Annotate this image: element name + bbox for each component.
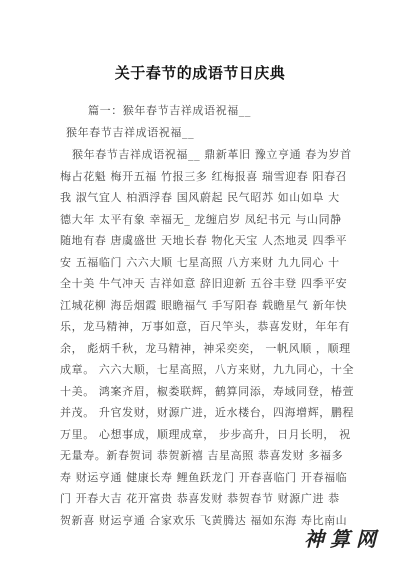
paragraph-line: 成章。 六六大顺，七星高照，八方来财，九九同心，十全 (60, 361, 354, 377)
paragraph-line: 全十美 牛气冲天 吉祥如意 辞旧迎新 五谷丰登 四季平安 (60, 275, 347, 291)
watermark-logo: 神算网 (304, 523, 382, 552)
paragraph-line: 并茂。 升官发财，财源广进，近水楼台，四海增辉，鹏程 (60, 404, 354, 420)
document-title: 关于春节的成语节日庆典 (0, 62, 400, 83)
paragraph-line: 随地有春 唐虞盛世 天地长春 物化天宝 人杰地灵 四季平 (60, 232, 347, 248)
paragraph-line: 猴年春节吉祥成语祝福__ 鼎新革旧 豫立亨通 春为岁首 (72, 146, 352, 162)
paragraph-line: 万里。 心想事成，顺理成章， 步步高升，日月长明， 祝 (60, 426, 351, 442)
paragraph-line: 无量寿。新春贺词 恭贺新禧 吉星高照 恭喜发财 多福多 (60, 447, 343, 463)
section-heading: 篇一：猴年春节吉祥成语祝福__ (88, 102, 251, 118)
paragraph-line: 门 开春大吉 花开富贵 恭喜发财 恭贺春节 财源广进 恭 (60, 490, 340, 506)
paragraph-line: 十美。 鸿案齐眉，椒娄联辉，鹤算同添，寿域同登，椿萱 (60, 383, 354, 399)
paragraph-line: 寿 财运亨通 健康长寿 鲤鱼跃龙门 开春喜临门 开春福临 (60, 469, 347, 485)
section-subheading: 猴年春节吉祥成语祝福__ (66, 124, 194, 140)
paragraph-line: 安 五福临门 六六大顺 七星高照 八方来财 九九同心 十 (60, 254, 340, 270)
paragraph-line: 余， 彪炳千秋，龙马精神，神采奕奕， 一帆风顺 ，顺理 (60, 340, 351, 356)
paragraph-line: 江城花柳 海岳烟霞 眼瞻福气 手写阳春 载瞻星气 新年快 (60, 297, 347, 313)
paragraph-line: 德大年 太平有象 幸福无_ 龙缠启岁 凤纪书元 与山同静 (60, 211, 342, 227)
paragraph-line: 乐，龙马精神，万事如意，百尺竿头，恭喜发财，年年有 (60, 318, 350, 334)
paragraph-line: 梅占花魁 梅开五福 竹报三多 红梅报喜 瑞雪迎春 阳春召 (60, 168, 347, 184)
paragraph-line: 我 淑气宜人 柏酒浮春 国风蔚起 民气昭苏 如山如阜 大 (60, 189, 340, 205)
